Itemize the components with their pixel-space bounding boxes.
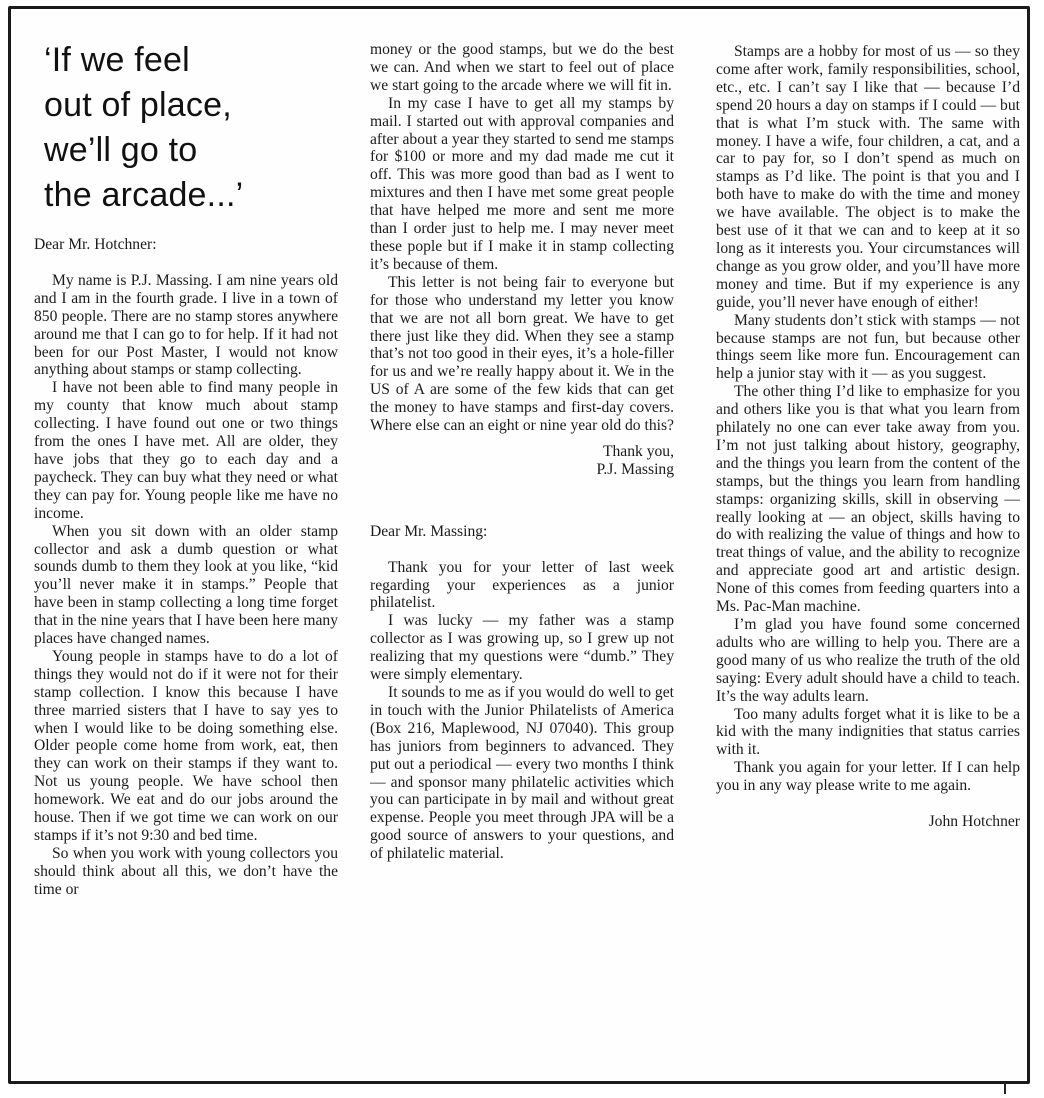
letter-paragraph: I have not been able to find many people… <box>34 379 338 522</box>
letter-signature: P.J. Massing <box>370 461 674 479</box>
reply-paragraph: It sounds to me as if you would do well … <box>370 684 674 863</box>
letter-paragraph: Young people in stamps have to do a lot … <box>34 648 338 845</box>
headline: ‘If we feel out of place, we’ll go to th… <box>44 38 338 218</box>
letter-paragraph-continued: money or the good stamps, but we do the … <box>370 41 674 95</box>
reply-paragraph: Too many adults forget what it is like t… <box>716 706 1020 760</box>
letter-paragraph: My name is P.J. Massing. I am nine years… <box>34 272 338 379</box>
headline-line: the arcade...’ <box>44 173 338 218</box>
reply-paragraph: Thank you again for your letter. If I ca… <box>716 759 1020 795</box>
reply-paragraph: The other thing I’d like to emphasize fo… <box>716 383 1020 616</box>
headline-line: we’ll go to <box>44 128 338 173</box>
reply-salutation: Dear Mr. Massing: <box>370 523 674 541</box>
letter-paragraph: This letter is not being fair to everyon… <box>370 274 674 435</box>
letter-closing: Thank you, <box>370 443 674 461</box>
article-frame: ‘If we feel out of place, we’ll go to th… <box>8 6 1030 1084</box>
reply-paragraph: Thank you for your letter of last week r… <box>370 559 674 613</box>
letter-paragraph: When you sit down with an older stamp co… <box>34 523 338 648</box>
column-3: Stamps are a hobby for most of us — so t… <box>716 9 1020 831</box>
headline-line: out of place, <box>44 83 338 128</box>
reply-paragraph: Many students don’t stick with stamps — … <box>716 312 1020 384</box>
letter-paragraph-part: So when you work with young collectors y… <box>34 845 338 899</box>
column-1: ‘If we feel out of place, we’ll go to th… <box>34 9 338 899</box>
column-2: money or the good stamps, but we do the … <box>370 9 674 863</box>
letter-paragraph: In my case I have to get all my stamps b… <box>370 95 674 274</box>
reply-signature: John Hotchner <box>716 813 1020 831</box>
reply-paragraph: I’m glad you have found some concerned a… <box>716 616 1020 706</box>
page-edge-mark <box>1004 1082 1006 1094</box>
letter-salutation: Dear Mr. Hotchner: <box>34 236 338 254</box>
reply-paragraph: I was lucky — my father was a stamp coll… <box>370 612 674 684</box>
reply-paragraph: Stamps are a hobby for most of us — so t… <box>716 43 1020 312</box>
headline-line: ‘If we feel <box>44 38 338 83</box>
